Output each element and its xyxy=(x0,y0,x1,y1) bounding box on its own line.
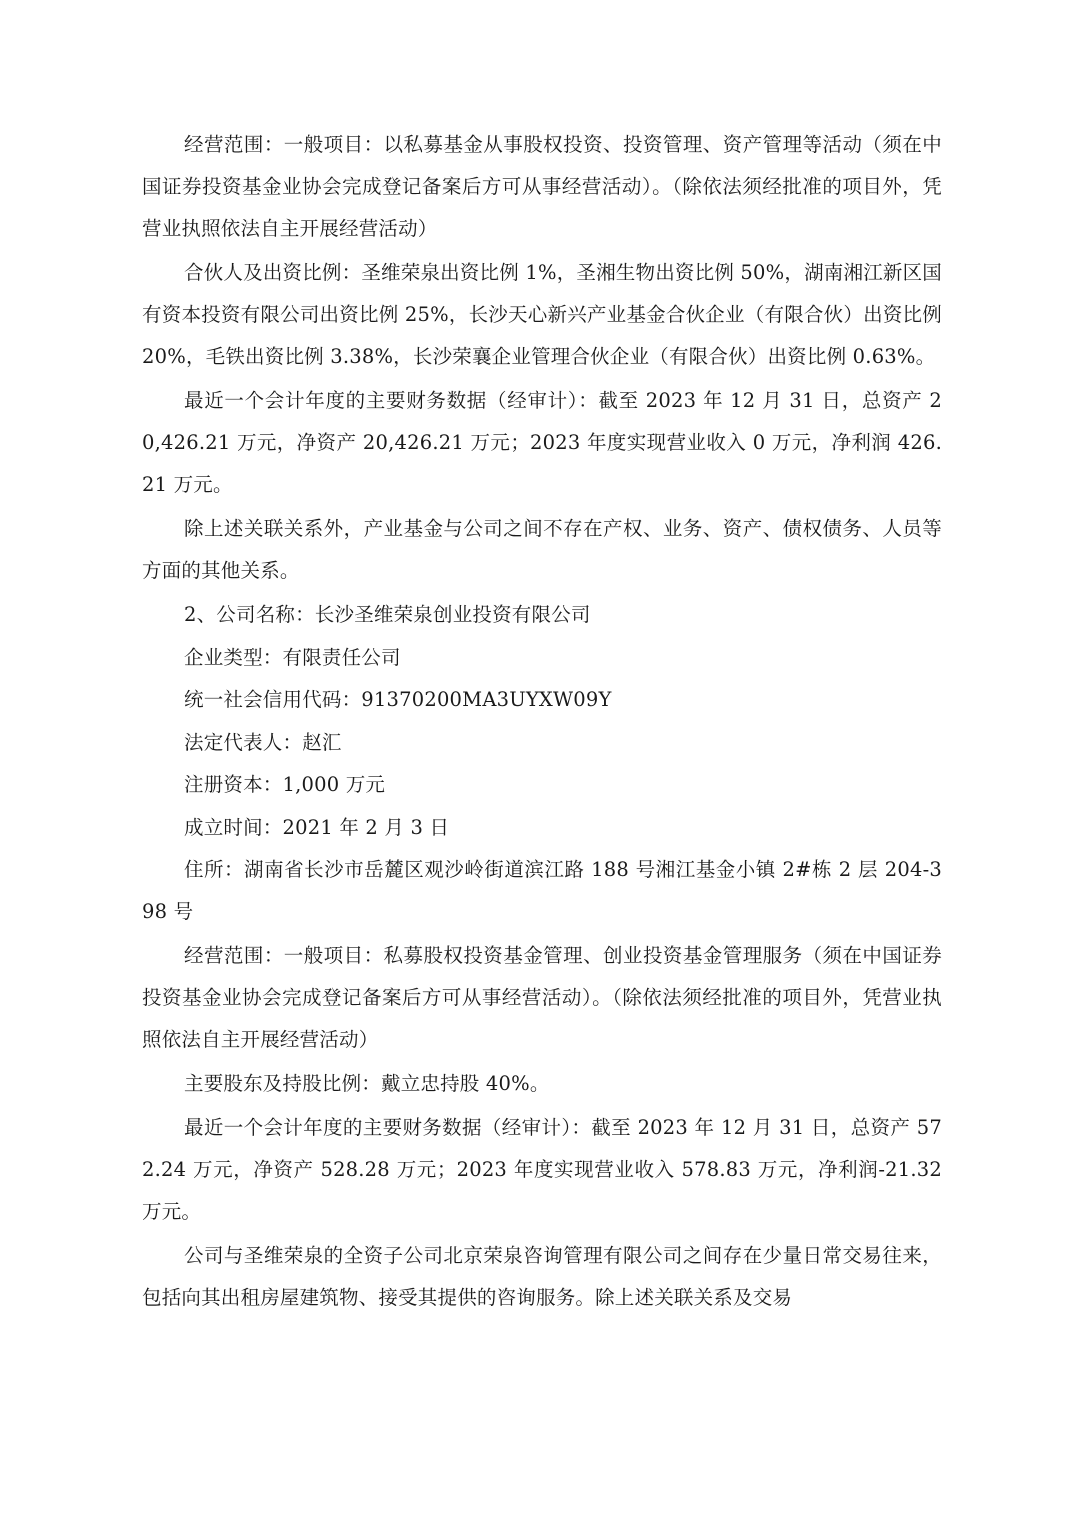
company-business-scope: 经营范围：一般项目：私募股权投资基金管理、创业投资基金管理服务（须在中国证券投资… xyxy=(142,935,942,1061)
fund-financials: 最近一个会计年度的主要财务数据（经审计）：截至 2023 年 12 月 31 日… xyxy=(142,380,942,506)
company-registered-capital: 注册资本：1,000 万元 xyxy=(142,764,942,807)
company-name: 2、公司名称：长沙圣维荣泉创业投资有限公司 xyxy=(142,594,942,637)
company-type: 企业类型：有限责任公司 xyxy=(142,637,942,680)
company-shareholders: 主要股东及持股比例：戴立忠持股 40%。 xyxy=(142,1063,942,1105)
company-legal-rep: 法定代表人：赵汇 xyxy=(142,722,942,765)
company-established: 成立时间：2021 年 2 月 3 日 xyxy=(142,807,942,850)
company-credit-code: 统一社会信用代码：91370200MA3UYXW09Y xyxy=(142,679,942,722)
fund-partners: 合伙人及出资比例：圣维荣泉出资比例 1%，圣湘生物出资比例 50%，湖南湘江新区… xyxy=(142,252,942,378)
company-financials: 最近一个会计年度的主要财务数据（经审计）：截至 2023 年 12 月 31 日… xyxy=(142,1107,942,1233)
company-relationship: 公司与圣维荣泉的全资子公司北京荣泉咨询管理有限公司之间存在少量日常交易往来，包括… xyxy=(142,1235,942,1319)
fund-relationship: 除上述关联关系外，产业基金与公司之间不存在产权、业务、资产、债权债务、人员等方面… xyxy=(142,508,942,592)
company-address: 住所：湖南省长沙市岳麓区观沙岭街道滨江路 188 号湘江基金小镇 2#栋 2 层… xyxy=(142,849,942,933)
document-page: 经营范围：一般项目：以私募基金从事股权投资、投资管理、资产管理等活动（须在中国证… xyxy=(142,124,942,1321)
fund-business-scope: 经营范围：一般项目：以私募基金从事股权投资、投资管理、资产管理等活动（须在中国证… xyxy=(142,124,942,250)
